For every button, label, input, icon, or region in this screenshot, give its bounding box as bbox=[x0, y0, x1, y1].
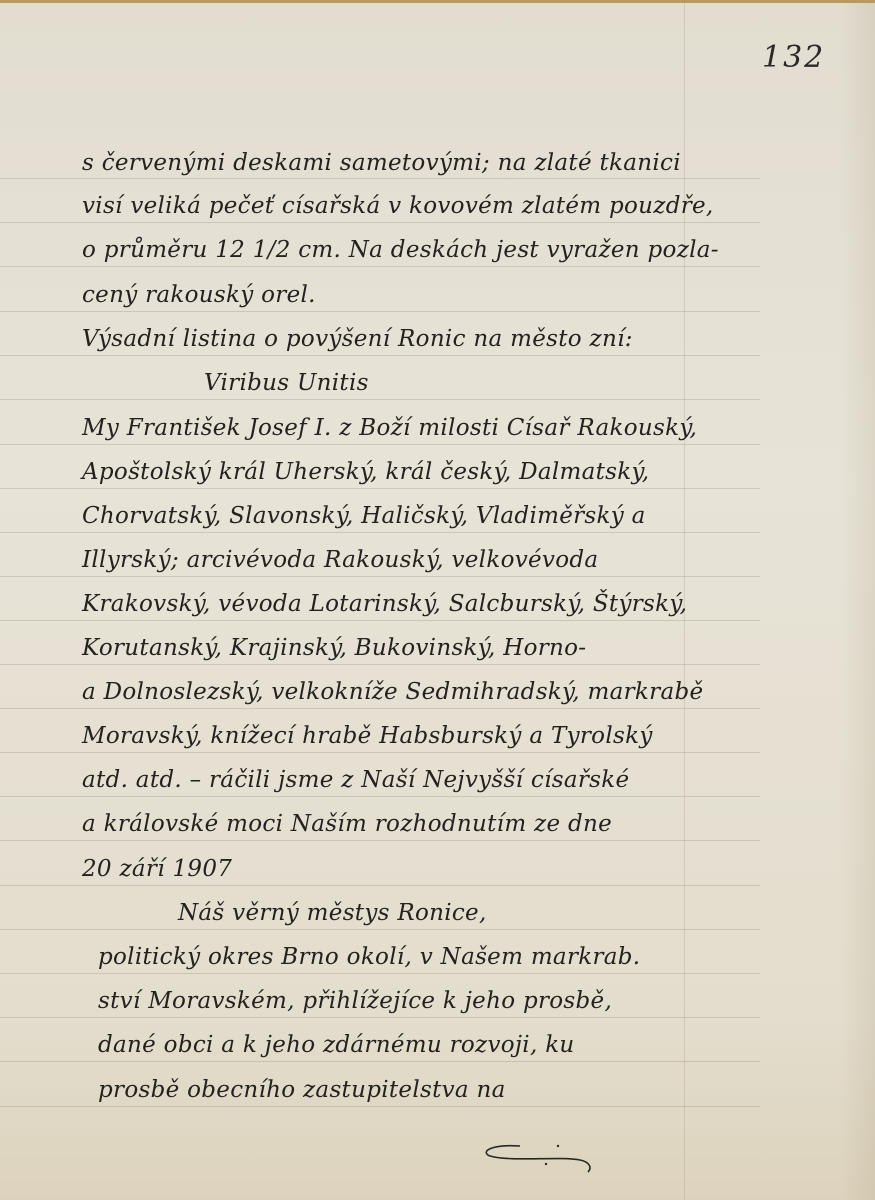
page-number: 132 bbox=[762, 40, 825, 75]
date-line: 20 září 1907 bbox=[82, 856, 232, 882]
catchword-flourish-icon bbox=[480, 1138, 610, 1178]
text-line: Výsadní listina o povýšení Ronic na měst… bbox=[82, 326, 633, 352]
text-line: politický okres Brno okolí, v Našem mark… bbox=[98, 944, 640, 970]
text-line: atd. atd. – ráčili jsme z Naší Nejvyšší … bbox=[82, 767, 629, 793]
text-line: a Dolnoslezský, velkokníže Sedmihradský,… bbox=[82, 679, 703, 705]
text-line: Náš věrný městys Ronice, bbox=[178, 900, 487, 926]
ruled-line bbox=[0, 1106, 760, 1107]
ruled-line bbox=[0, 796, 760, 797]
text-line: Apoštolský král Uherský, král český, Dal… bbox=[82, 459, 649, 485]
text-line: dané obci a k jeho zdárnému rozvoji, ku bbox=[98, 1032, 575, 1058]
ruled-line bbox=[0, 664, 760, 665]
ruled-line bbox=[0, 178, 760, 179]
ruled-line bbox=[0, 973, 760, 974]
text-line: ství Moravském, přihlížejíce k jeho pros… bbox=[98, 988, 612, 1014]
text-line: My František Josef I. z Boží milosti Cís… bbox=[82, 415, 697, 441]
text-line: prosbě obecního zastupitelstva na bbox=[98, 1077, 506, 1103]
text-line: a královské moci Naším rozhodnutím ze dn… bbox=[82, 811, 612, 837]
ruled-line bbox=[0, 840, 760, 841]
ruled-line bbox=[0, 1017, 760, 1018]
text-line: visí veliká pečeť císařská v kovovém zla… bbox=[82, 193, 714, 219]
text-line: o průměru 12 1/2 cm. Na deskách jest vyr… bbox=[82, 237, 719, 263]
ruled-line bbox=[0, 929, 760, 930]
text-line: Korutanský, Krajinský, Bukovinský, Horno… bbox=[82, 635, 586, 661]
text-line: Moravský, knížecí hrabě Habsburský a Tyr… bbox=[82, 723, 653, 749]
text-line: Chorvatský, Slavonský, Haličský, Vladimě… bbox=[82, 503, 646, 529]
ruled-line bbox=[0, 355, 760, 356]
ruled-line bbox=[0, 266, 760, 267]
ruled-line bbox=[0, 885, 760, 886]
ruled-line bbox=[0, 576, 760, 577]
ruled-line bbox=[0, 1061, 760, 1062]
ruled-line bbox=[0, 752, 760, 753]
text-line: s červenými deskami sametovými; na zlaté… bbox=[82, 150, 681, 176]
ruled-line bbox=[0, 708, 760, 709]
ruled-line bbox=[0, 488, 760, 489]
ruled-line bbox=[0, 222, 760, 223]
manuscript-page: 132 s červenými deskami sametovými; na z… bbox=[0, 0, 875, 1200]
text-line: Krakovský, vévoda Lotarinský, Salcburský… bbox=[82, 591, 687, 617]
ruled-line bbox=[0, 399, 760, 400]
text-line: cený rakouský orel. bbox=[82, 282, 316, 308]
ruled-line bbox=[0, 444, 760, 445]
motto-heading: Viribus Unitis bbox=[204, 370, 369, 396]
ruled-line bbox=[0, 311, 760, 312]
ruled-line bbox=[0, 532, 760, 533]
ruled-line bbox=[0, 620, 760, 621]
text-line: Illyrský; arcivévoda Rakouský, velkovévo… bbox=[82, 547, 598, 573]
